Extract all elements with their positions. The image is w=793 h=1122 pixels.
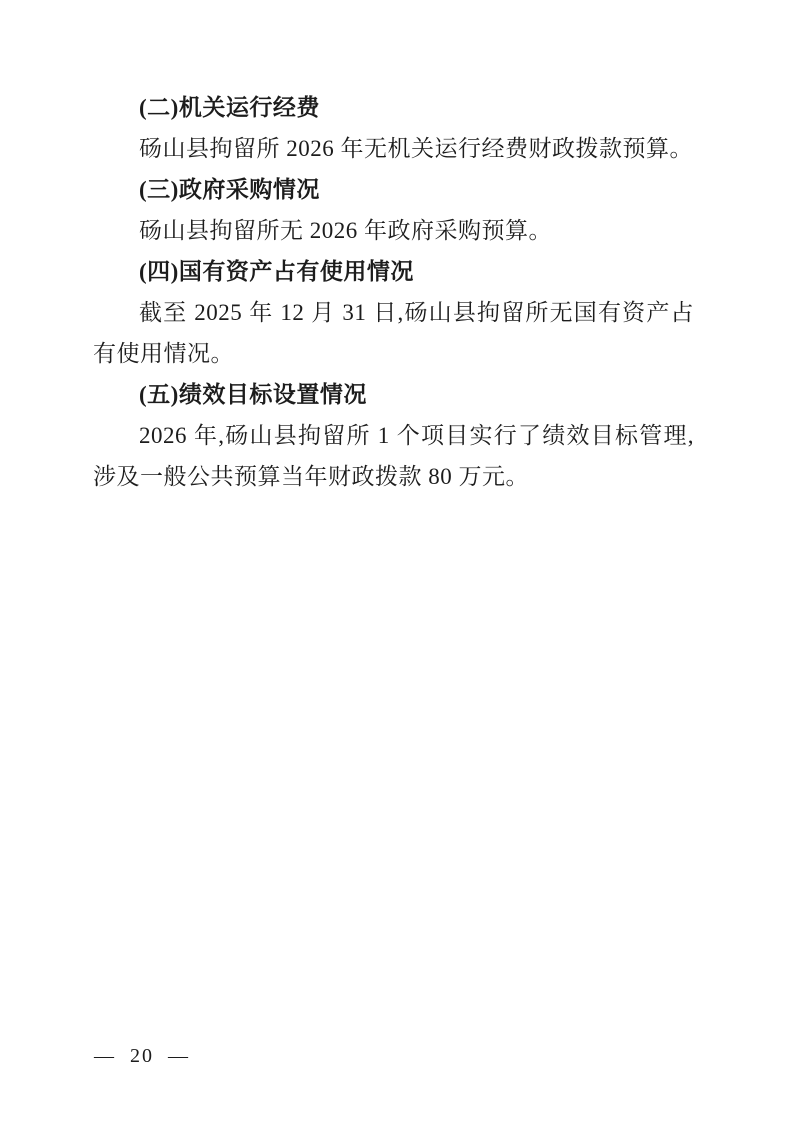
section-government-procurement: (三)政府采购情况 砀山县拘留所无 2026 年政府采购预算。 bbox=[93, 169, 694, 251]
section-state-owned-assets: (四)国有资产占有使用情况 截至 2025 年 12 月 31 日,砀山县拘留所… bbox=[93, 251, 694, 374]
section-paragraph: 砀山县拘留所无 2026 年政府采购预算。 bbox=[93, 210, 694, 251]
section-paragraph: 截至 2025 年 12 月 31 日,砀山县拘留所无国有资产占有使用情况。 bbox=[93, 292, 694, 374]
page-number: — 20 — bbox=[94, 1042, 190, 1070]
section-heading: (三)政府采购情况 bbox=[93, 169, 694, 210]
document-body: (二)机关运行经费 砀山县拘留所 2026 年无机关运行经费财政拨款预算。 (三… bbox=[93, 87, 694, 497]
section-heading: (五)绩效目标设置情况 bbox=[93, 374, 694, 415]
section-paragraph: 砀山县拘留所 2026 年无机关运行经费财政拨款预算。 bbox=[93, 128, 694, 169]
section-performance-targets: (五)绩效目标设置情况 2026 年,砀山县拘留所 1 个项目实行了绩效目标管理… bbox=[93, 374, 694, 497]
section-paragraph: 2026 年,砀山县拘留所 1 个项目实行了绩效目标管理,涉及一般公共预算当年财… bbox=[93, 415, 694, 497]
section-heading: (二)机关运行经费 bbox=[93, 87, 694, 128]
section-agency-operating-funds: (二)机关运行经费 砀山县拘留所 2026 年无机关运行经费财政拨款预算。 bbox=[93, 87, 694, 169]
section-heading: (四)国有资产占有使用情况 bbox=[93, 251, 694, 292]
document-page: (二)机关运行经费 砀山县拘留所 2026 年无机关运行经费财政拨款预算。 (三… bbox=[0, 0, 793, 1122]
